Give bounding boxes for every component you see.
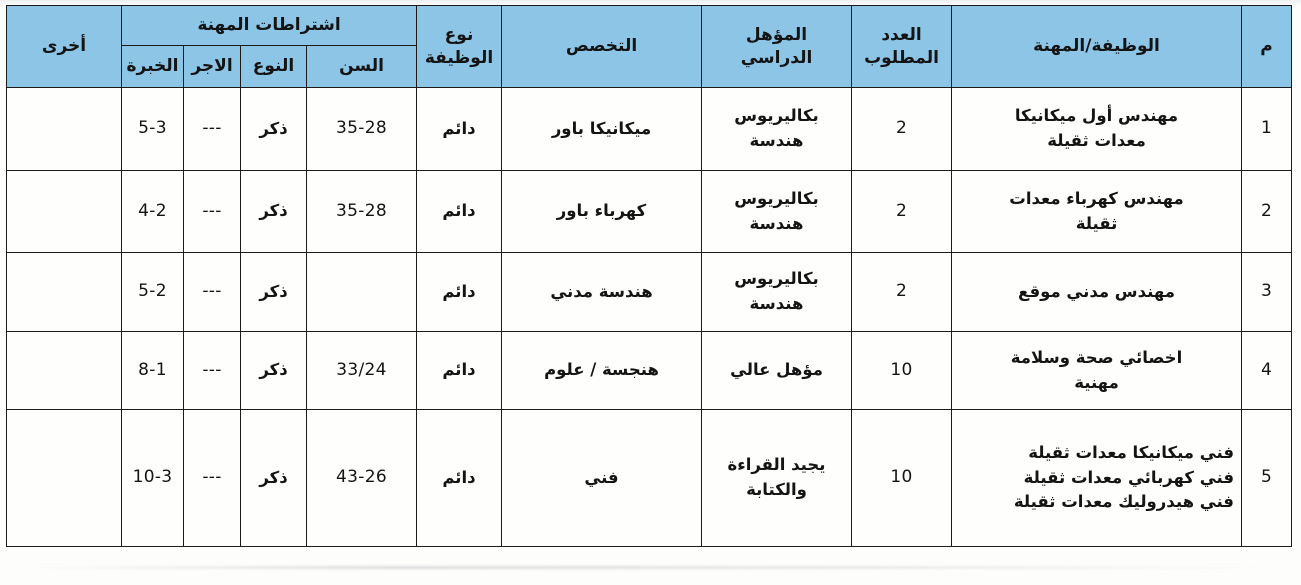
row4-num-cell: 4 bbox=[1242, 332, 1292, 410]
row1-qualification-cell: بكاليريوس هندسة bbox=[702, 88, 852, 171]
row2-experience-cell: 4-2 bbox=[122, 171, 184, 253]
row5-num-cell: 5 bbox=[1242, 410, 1292, 547]
header-cell-count: العدد المطلوب bbox=[852, 6, 952, 88]
header-cell-num: م bbox=[1242, 6, 1292, 88]
row1-other-cell bbox=[7, 88, 122, 171]
row5-qualification-cell: يجيد القراءة والكتابة bbox=[702, 410, 852, 547]
header-cell-requirements-group: اشتراطات المهنة bbox=[122, 6, 417, 46]
row1-gender-cell: ذكر bbox=[241, 88, 307, 171]
header-cell-age: السن bbox=[307, 46, 417, 88]
row2-wage-cell: --- bbox=[184, 171, 241, 253]
header-cell-job-type: نوع الوظيفة bbox=[417, 6, 502, 88]
row3-wage-cell: --- bbox=[184, 253, 241, 332]
row3-job-cell: مهندس مدني موقع bbox=[952, 253, 1242, 332]
row3-num-cell: 3 bbox=[1242, 253, 1292, 332]
row2-other-cell bbox=[7, 171, 122, 253]
row2-num-cell: 2 bbox=[1242, 171, 1292, 253]
row2-specialization-cell: كهرباء باور bbox=[502, 171, 702, 253]
row1-experience-cell: 5-3 bbox=[122, 88, 184, 171]
header-cell-wage: الاجر bbox=[184, 46, 241, 88]
row2-job-type-cell: دائم bbox=[417, 171, 502, 253]
row5-gender-cell: ذكر bbox=[241, 410, 307, 547]
row4-job-type-cell: دائم bbox=[417, 332, 502, 410]
row1-wage-cell: --- bbox=[184, 88, 241, 171]
row5-job-cell: فني ميكانيكا معدات ثقيلة فني كهربائي معد… bbox=[952, 410, 1242, 547]
header-cell-job: الوظيفة/المهنة bbox=[952, 6, 1242, 88]
row4-gender-cell: ذكر bbox=[241, 332, 307, 410]
header-cell-other: أخرى bbox=[7, 6, 122, 88]
row5-experience-cell: 10-3 bbox=[122, 410, 184, 547]
row1-specialization-cell: ميكانيكا باور bbox=[502, 88, 702, 171]
row3-age-cell bbox=[307, 253, 417, 332]
row1-job-cell: مهندس أول ميكانيكا معدات ثقيلة bbox=[952, 88, 1242, 171]
row2-age-cell: 35-28 bbox=[307, 171, 417, 253]
table-row: 2 مهندس كهرباء معدات ثقيلة 2 بكاليريوس ه… bbox=[7, 171, 1292, 253]
row5-other-cell bbox=[7, 410, 122, 547]
row3-count-cell: 2 bbox=[852, 253, 952, 332]
job-requirements-table: م الوظيفة/المهنة العدد المطلوب المؤهل ال… bbox=[6, 5, 1292, 547]
row4-job-cell: اخصائي صحة وسلامة مهنية bbox=[952, 332, 1242, 410]
table-row: 3 مهندس مدني موقع 2 بكاليريوس هندسة هندس… bbox=[7, 253, 1292, 332]
row4-specialization-cell: هنجسة / علوم bbox=[502, 332, 702, 410]
row4-experience-cell: 8-1 bbox=[122, 332, 184, 410]
header-cell-qualification: المؤهل الدراسي bbox=[702, 6, 852, 88]
scanned-document-page: م الوظيفة/المهنة العدد المطلوب المؤهل ال… bbox=[0, 0, 1301, 585]
row5-job-type-cell: دائم bbox=[417, 410, 502, 547]
row3-other-cell bbox=[7, 253, 122, 332]
row1-job-type-cell: دائم bbox=[417, 88, 502, 171]
row3-experience-cell: 5-2 bbox=[122, 253, 184, 332]
row2-job-cell: مهندس كهرباء معدات ثقيلة bbox=[952, 171, 1242, 253]
row4-count-cell: 10 bbox=[852, 332, 952, 410]
row2-count-cell: 2 bbox=[852, 171, 952, 253]
header-cell-gender: النوع bbox=[241, 46, 307, 88]
row3-qualification-cell: بكاليريوس هندسة bbox=[702, 253, 852, 332]
row5-specialization-cell: فني bbox=[502, 410, 702, 547]
row4-qualification-cell: مؤهل عالي bbox=[702, 332, 852, 410]
row5-age-cell: 43-26 bbox=[307, 410, 417, 547]
row5-wage-cell: --- bbox=[184, 410, 241, 547]
table-header: م الوظيفة/المهنة العدد المطلوب المؤهل ال… bbox=[7, 6, 1292, 88]
row2-gender-cell: ذكر bbox=[241, 171, 307, 253]
row1-num-cell: 1 bbox=[1242, 88, 1292, 171]
row4-wage-cell: --- bbox=[184, 332, 241, 410]
header-cell-specialization: التخصص bbox=[502, 6, 702, 88]
row1-age-cell: 35-28 bbox=[307, 88, 417, 171]
row3-job-type-cell: دائم bbox=[417, 253, 502, 332]
table-row: 4 اخصائي صحة وسلامة مهنية 10 مؤهل عالي ه… bbox=[7, 332, 1292, 410]
table-row: 1 مهندس أول ميكانيكا معدات ثقيلة 2 بكالي… bbox=[7, 88, 1292, 171]
header-cell-experience: الخبرة bbox=[122, 46, 184, 88]
table-row: 5 فني ميكانيكا معدات ثقيلة فني كهربائي م… bbox=[7, 410, 1292, 547]
scan-shadow-artifact bbox=[30, 566, 1261, 569]
row4-other-cell bbox=[7, 332, 122, 410]
row1-count-cell: 2 bbox=[852, 88, 952, 171]
row3-gender-cell: ذكر bbox=[241, 253, 307, 332]
row4-age-cell: 33/24 bbox=[307, 332, 417, 410]
row3-specialization-cell: هندسة مدني bbox=[502, 253, 702, 332]
row2-qualification-cell: بكاليريوس هندسة bbox=[702, 171, 852, 253]
table-body: 1 مهندس أول ميكانيكا معدات ثقيلة 2 بكالي… bbox=[7, 88, 1292, 547]
row5-count-cell: 10 bbox=[852, 410, 952, 547]
